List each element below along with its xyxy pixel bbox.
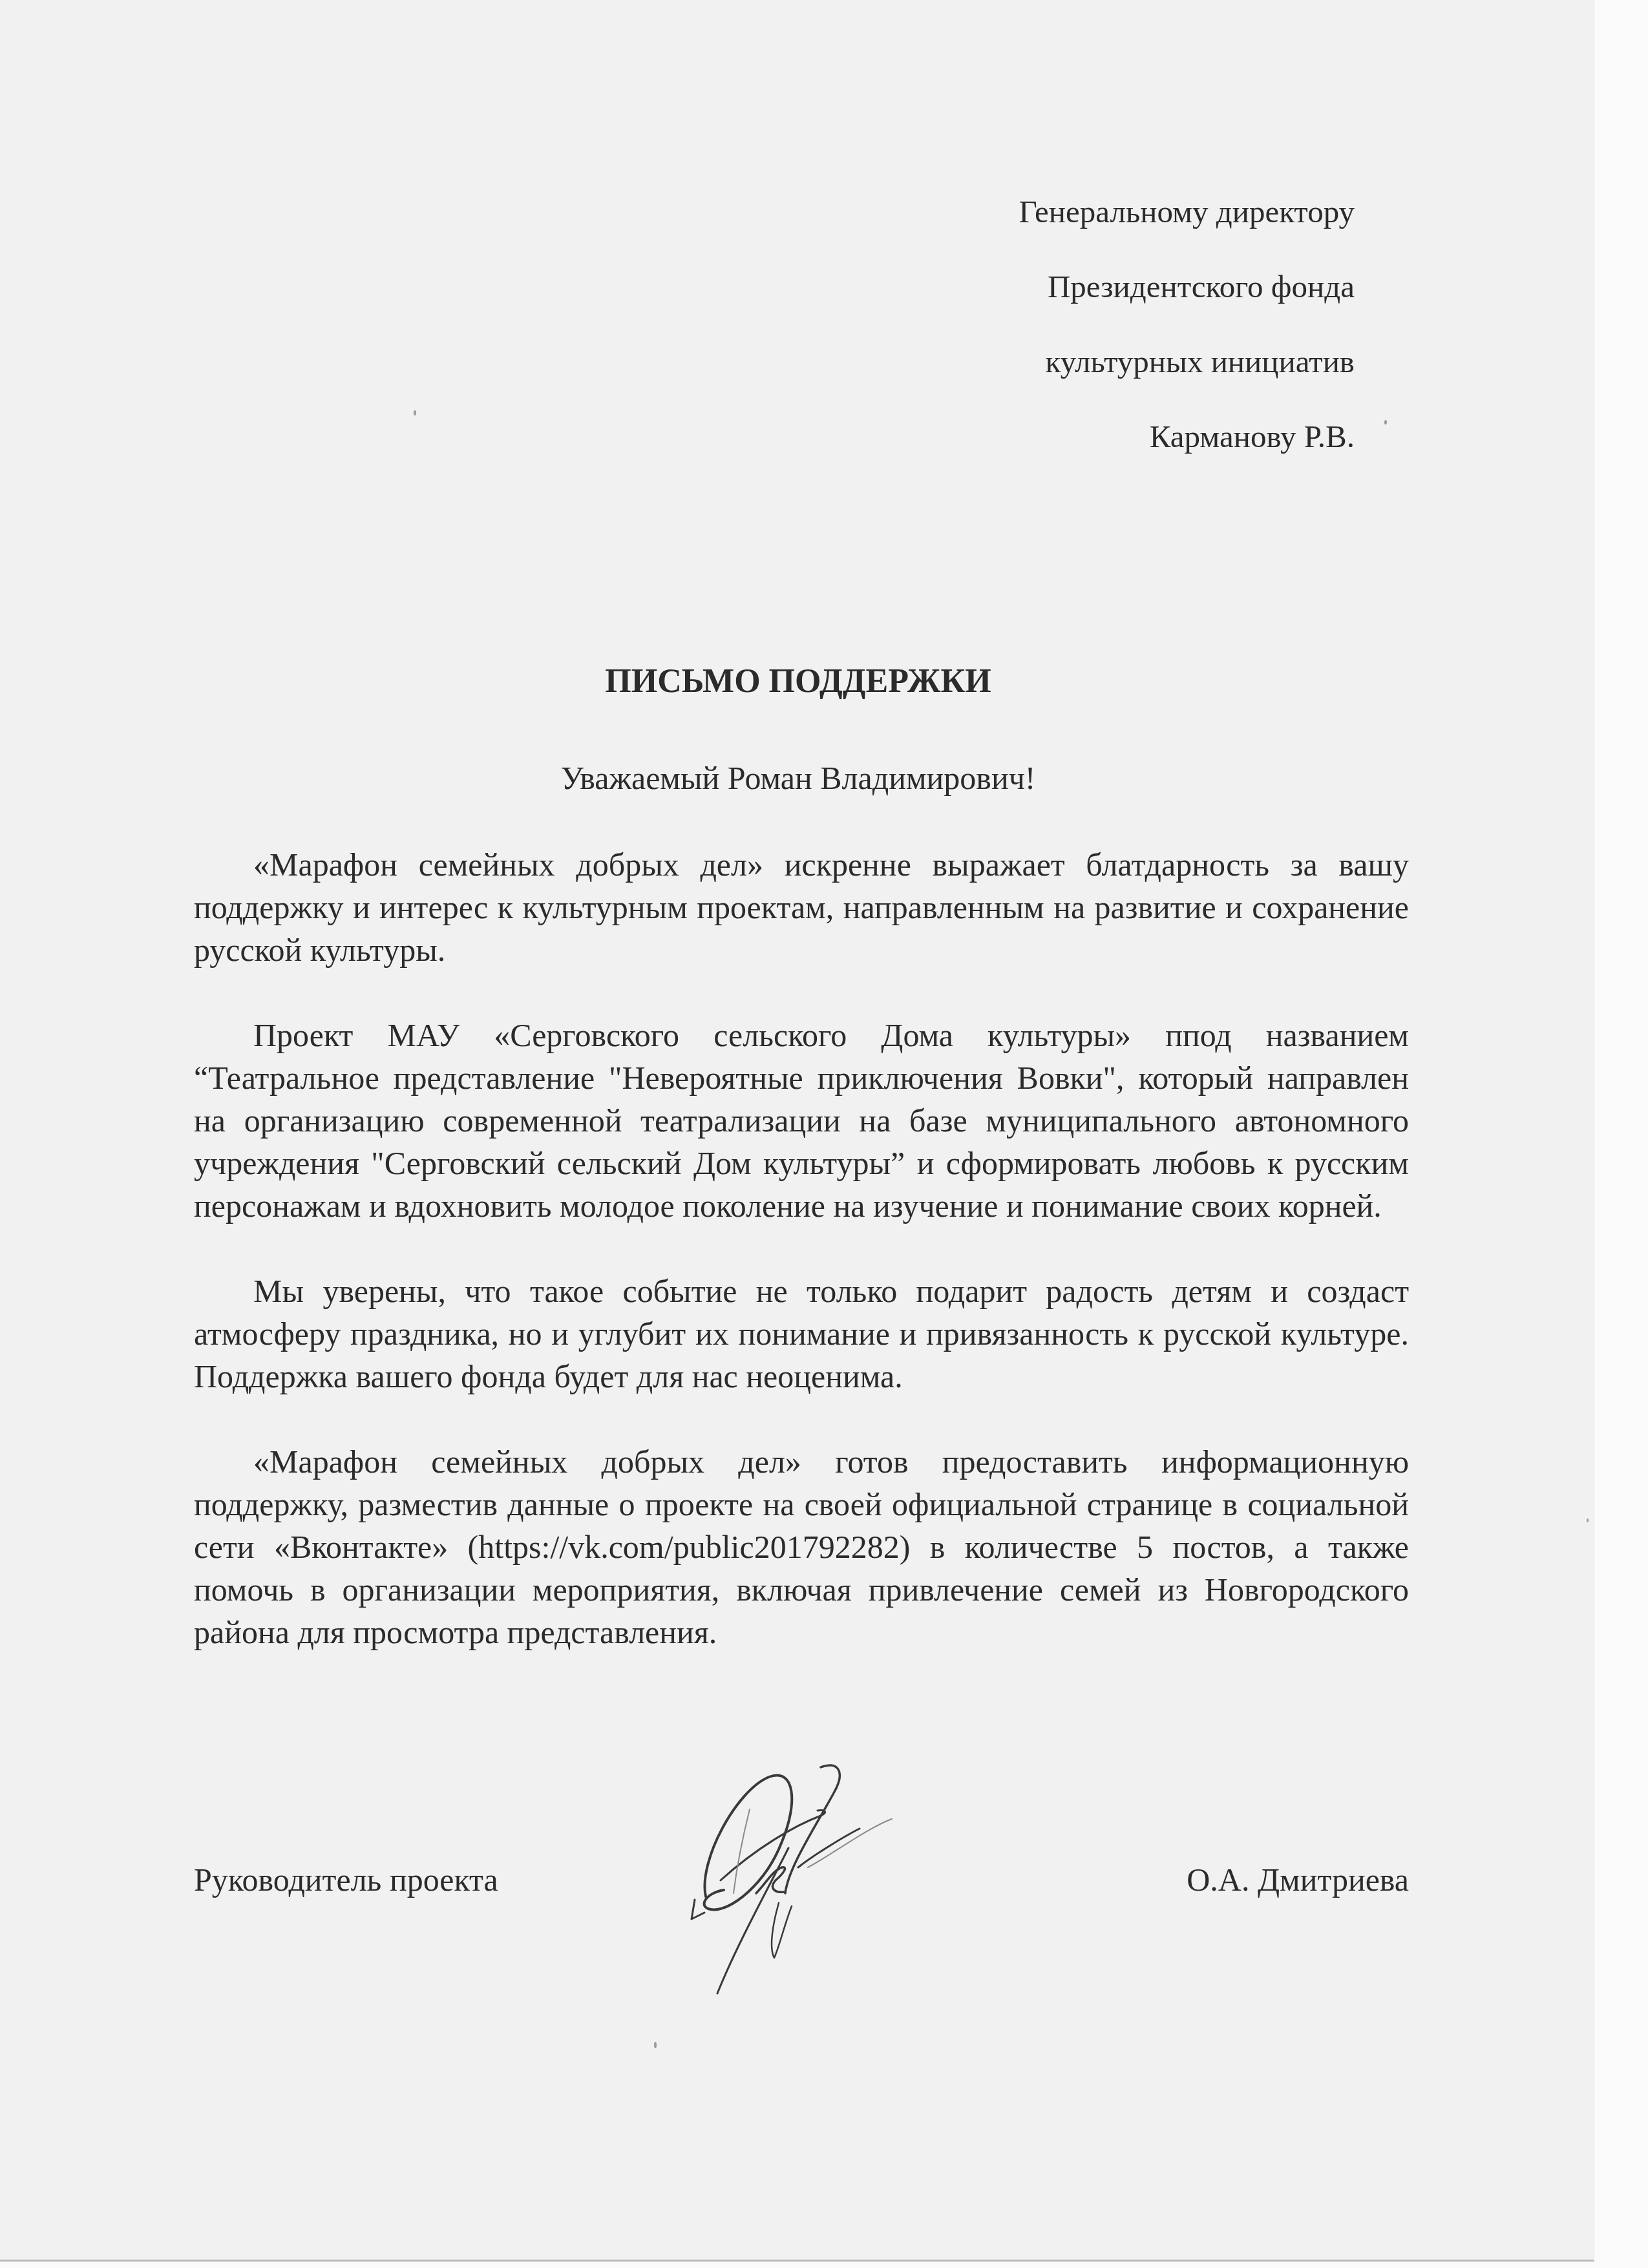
signer-name: О.А. Дмитриева: [1187, 1861, 1409, 1898]
paragraph-support-offer: «Марафон семейных добрых дел» готов пред…: [194, 1440, 1409, 1654]
signer-role: Руководитель проекта: [194, 1861, 498, 1898]
scanned-page: Генеральному директору Президентского фо…: [0, 0, 1594, 2262]
addressee-line: Карманову Р.В.: [1019, 399, 1355, 474]
addressee-line: Генеральному директору: [1019, 174, 1355, 249]
letter-body: «Марафон семейных добрых дел» искренне в…: [194, 843, 1409, 1696]
scan-speck: [1384, 420, 1387, 425]
scan-speck: [654, 2042, 657, 2048]
salutation: Уважаемый Роман Владимирович!: [0, 759, 1596, 797]
addressee-line: Президентского фонда: [1019, 249, 1355, 324]
handwritten-signature-icon: [659, 1764, 1125, 2022]
scan-speck: [414, 410, 416, 415]
scan-speck: [1587, 1518, 1589, 1522]
paragraph-gratitude: «Марафон семейных добрых дел» искренне в…: [194, 843, 1409, 971]
paragraph-project: Проект МАУ «Серговского сельского Дома к…: [194, 1014, 1409, 1227]
addressee-line: культурных инициатив: [1019, 324, 1355, 399]
addressee-block: Генеральному директору Президентского фо…: [1019, 174, 1355, 474]
letter-title: ПИСЬМО ПОДДЕРЖКИ: [0, 662, 1596, 700]
paragraph-confidence: Мы уверены, что такое событие не только …: [194, 1270, 1409, 1398]
